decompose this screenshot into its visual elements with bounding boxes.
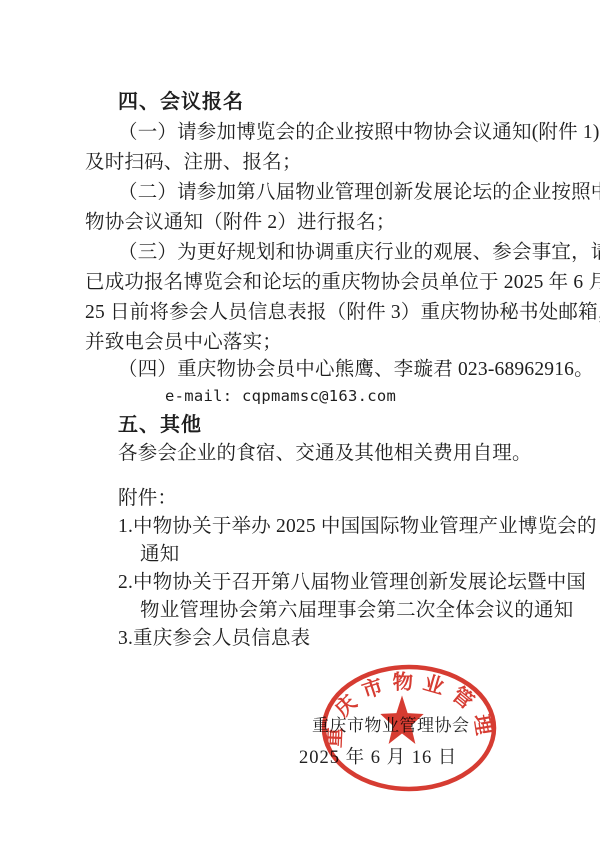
- paragraph-line: （三）为更好规划和协调重庆行业的观展、参会事宜，请: [118, 243, 600, 263]
- section-meeting-heading: 四、会议报名: [118, 92, 244, 112]
- paragraph-line: 及时扫码、注册、报名；: [85, 153, 302, 173]
- contact-email: e-mail: cqpmamsc@163.com: [165, 389, 396, 405]
- attachment-item: 通知: [140, 545, 179, 565]
- paragraph-line: 物协会议通知（附件 2）进行报名；: [85, 213, 396, 233]
- document-page: 四、会议报名 （一）请参加博览会的企业按照中物协会议通知(附件 1) 及时扫码、…: [0, 0, 600, 849]
- paragraph-line: （一）请参加博览会的企业按照中物协会议通知(附件 1): [118, 123, 600, 143]
- paragraph-line: （四）重庆物协会员中心熊鹰、李璇君 023-68962916。: [118, 360, 594, 380]
- attachment-item: 物业管理协会第六届理事会第二次全体会议的通知: [140, 601, 573, 621]
- attachment-item: 2.中物协关于召开第八届物业管理创新发展论坛暨中国: [118, 573, 586, 593]
- attachment-item: 1.中物协关于举办 2025 中国国际物业管理产业博览会的: [118, 517, 597, 537]
- attachment-item: 3.重庆参会人员信息表: [118, 629, 310, 649]
- paragraph-line: 各参会企业的食宿、交通及其他相关费用自理。: [118, 444, 532, 464]
- seal-star: [380, 695, 423, 744]
- official-seal: 重庆市物业管理协会: [314, 656, 504, 801]
- attachments-label: 附件：: [118, 489, 177, 509]
- paragraph-line: 并致电会员中心落实；: [85, 333, 282, 353]
- section-other-heading: 五、其他: [118, 415, 202, 435]
- paragraph-line: 25 日前将参会人员信息表报（附件 3）重庆物协秘书处邮箱，: [85, 303, 600, 323]
- paragraph-line: （二）请参加第八届物业管理创新发展论坛的企业按照中: [118, 183, 600, 203]
- paragraph-line: 已成功报名博览会和论坛的重庆物协会员单位于 2025 年 6 月: [85, 273, 600, 293]
